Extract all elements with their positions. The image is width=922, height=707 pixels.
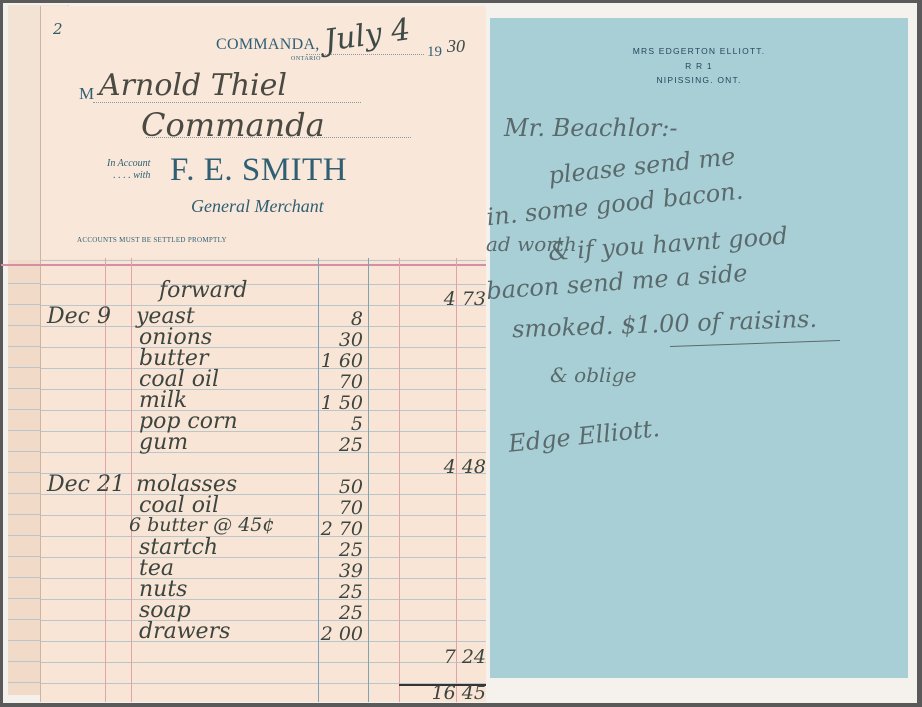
- desc-column-rule: [131, 258, 132, 702]
- in-account-line1: In Account: [107, 158, 150, 170]
- letterhead-route: R R 1: [490, 61, 908, 71]
- salutation-prefix: M: [79, 84, 94, 104]
- item-amount: 70: [303, 371, 363, 393]
- item-amount: 25: [303, 539, 363, 561]
- date-dotted-line: [306, 54, 424, 55]
- merchant-title: General Merchant: [191, 196, 324, 217]
- item-name: gum: [139, 430, 188, 455]
- section-subtotal: 7 24: [426, 646, 486, 668]
- invoice-city: COMMANDA,: [216, 36, 320, 54]
- item-amount: 1 60: [303, 350, 363, 372]
- section-subtotal: 4 48: [426, 456, 486, 478]
- section-date: Dec 21: [47, 472, 125, 497]
- section-date: Dec 9: [47, 304, 111, 329]
- item-amount: 5: [303, 413, 363, 435]
- grand-total: 16 45: [426, 682, 486, 704]
- letterhead-name: MRS EDGERTON ELLIOTT.: [490, 46, 908, 56]
- invoice-header: 2 COMMANDA, ONTARIO July 4 19 30 M Arnol…: [41, 6, 487, 258]
- item-amount: 39: [303, 560, 363, 582]
- merchant-name: F. E. SMITH: [170, 152, 347, 189]
- customer-name: Arnold Thiel: [99, 68, 287, 103]
- page-number: 2: [53, 20, 63, 38]
- in-account-line2: . . . . with: [107, 170, 150, 182]
- item-amount: 25: [303, 434, 363, 456]
- total-column-rule-left: [399, 258, 400, 702]
- customer-town: Commanda: [141, 106, 325, 144]
- year-prefix: 19: [427, 44, 442, 61]
- item-amount: 50: [303, 476, 363, 498]
- invoice-sheet: 2 COMMANDA, ONTARIO July 4 19 30 M Arnol…: [40, 6, 487, 702]
- item-amount: 1 50: [303, 392, 363, 414]
- letter-line: & oblige: [550, 363, 636, 387]
- letter-line: & if you havnt good: [547, 222, 788, 267]
- invoice-date: July 4: [322, 12, 413, 59]
- letterhead-place: NIPISSING. ONT.: [490, 75, 908, 85]
- item-amount: 25: [303, 602, 363, 624]
- letter-line: in. some good bacon.: [485, 177, 744, 232]
- ledger-top-rule: [1, 264, 487, 266]
- letter-line: smoked. $1.00 of raisins.: [512, 305, 818, 344]
- total-column-rule-right: [456, 258, 457, 702]
- year-handwritten: 30: [447, 36, 465, 57]
- in-account-label: In Account . . . . with: [107, 158, 150, 182]
- forward-amount: 4 73: [426, 288, 486, 310]
- forward-label: forward: [159, 278, 247, 303]
- item-amount: 2 00: [303, 623, 363, 645]
- item-amount: 70: [303, 497, 363, 519]
- payment-terms: ACCOUNTS MUST BE SETTLED PROMPTLY: [77, 236, 227, 244]
- letter-signature: Edge Elliott.: [507, 414, 661, 458]
- item-amount: 30: [303, 329, 363, 351]
- letter-line: bacon send me a side: [485, 259, 748, 305]
- letter-line: Mr. Beachlor:-: [504, 114, 678, 142]
- ledger-table: forward 4 73 Dec 9 yeast 8 onions 30 but…: [41, 258, 487, 702]
- item-amount: 25: [303, 581, 363, 603]
- letter-sheet: MRS EDGERTON ELLIOTT. R R 1 NIPISSING. O…: [490, 18, 908, 678]
- item-name: drawers: [139, 619, 230, 644]
- invoice-province: ONTARIO: [291, 56, 321, 62]
- item-amount: 2 70: [303, 518, 363, 540]
- amount-column-rule-right: [368, 258, 369, 702]
- item-name: 6 butter @ 45¢: [129, 514, 274, 536]
- raisins-underline: [670, 340, 840, 347]
- item-amount: 8: [303, 308, 363, 330]
